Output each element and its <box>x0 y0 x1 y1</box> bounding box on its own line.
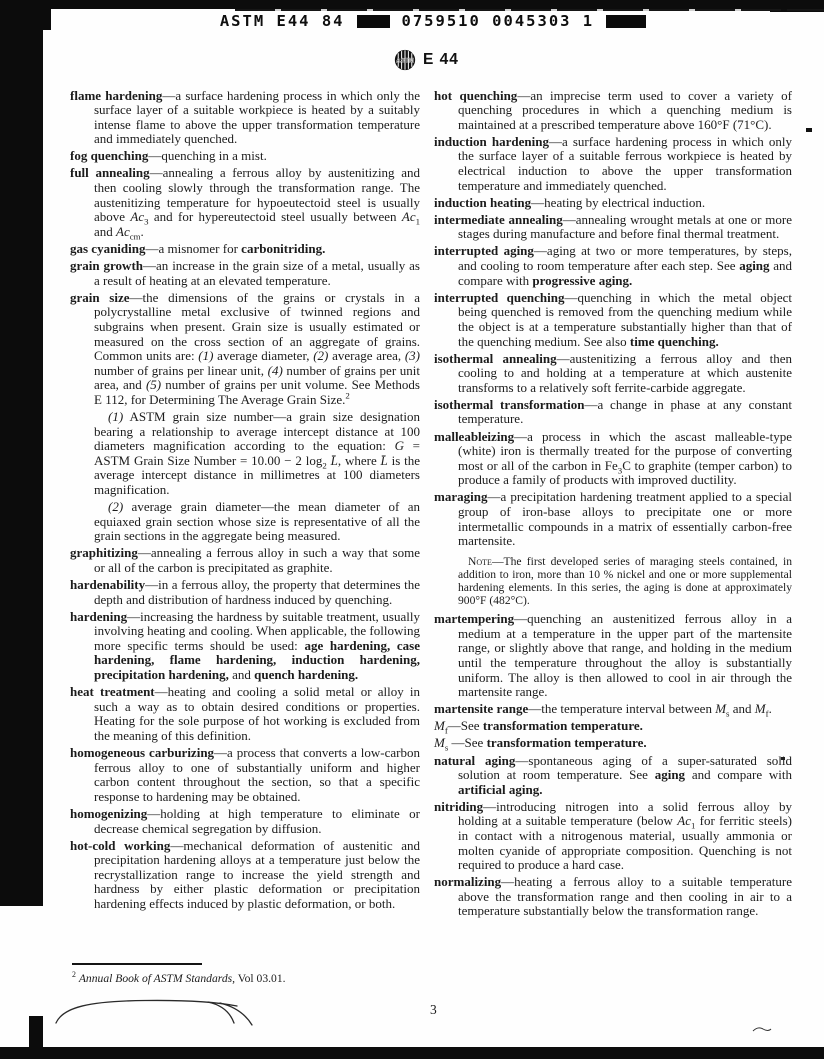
definition-entry: isothermal transformation—a change in ph… <box>434 398 792 427</box>
svg-text:ASTM: ASTM <box>396 58 414 65</box>
definition-entry: interrupted quenching—quenching in which… <box>434 291 792 349</box>
definition-entry: homogenizing—holding at high temperature… <box>70 807 420 836</box>
footnote-rule <box>72 963 202 965</box>
term: hot-cold working <box>70 838 170 853</box>
term: malleableizing <box>434 429 514 444</box>
term: hardenability <box>70 577 145 592</box>
scan-speck <box>806 128 812 132</box>
definition-entry: gas cyaniding—a misnomer for carbonitrid… <box>70 242 420 257</box>
definition-entry: martensite range—the temperature interva… <box>434 702 792 717</box>
definition-entry: grain growth—an increase in the grain si… <box>70 259 420 288</box>
scan-curve-artifact <box>50 996 300 1035</box>
glossary-columns: flame hardening—a surface hardening proc… <box>70 86 792 922</box>
term: homogenizing <box>70 806 147 821</box>
term: full annealing <box>70 165 150 180</box>
definition-entry: Ms —See transformation temperature. <box>434 736 792 751</box>
definition-entry: malleableizing—a process in which the as… <box>434 430 792 488</box>
term: natural aging <box>434 753 515 768</box>
term: nitriding <box>434 799 483 814</box>
page-number: 3 <box>430 1002 437 1018</box>
term: graphitizing <box>70 545 138 560</box>
filled-block-mark <box>606 15 646 28</box>
definition-entry: hardenability—in a ferrous alloy, the pr… <box>70 578 420 607</box>
column-right: hot quenching—an imprecise term used to … <box>434 86 792 922</box>
definition-entry: hardening—increasing the hardness by sui… <box>70 610 420 683</box>
term: isothermal transformation <box>434 397 585 412</box>
document-code-line: ASTM E44 84 0759510 0045303 1 <box>0 12 824 30</box>
definition-entry: interrupted aging—aging at two or more t… <box>434 244 792 288</box>
term: homogeneous carburizing <box>70 745 214 760</box>
scan-dashed-line <box>235 9 824 11</box>
document-page: ASTM E44 84 0759510 0045303 1 ASTM E 44 … <box>0 0 824 1059</box>
scan-edge-bottom <box>0 1047 824 1059</box>
definition-entry: homogeneous carburizing—a process that c… <box>70 746 420 804</box>
definition-entry: Mf—See transformation temperature. <box>434 719 792 734</box>
scan-edge-top <box>0 0 824 9</box>
definition-entry: hot quenching—an imprecise term used to … <box>434 89 792 133</box>
definition-entry: flame hardening—a surface hardening proc… <box>70 89 420 147</box>
term: interrupted quenching <box>434 290 564 305</box>
term: grain size <box>70 290 130 305</box>
definition-entry: fog quenching—quenching in a mist. <box>70 149 420 164</box>
definition-entry: graphitizing—annealing a ferrous alloy i… <box>70 546 420 575</box>
sub-definition: (2) average grain diameter—the mean diam… <box>70 500 420 544</box>
note-paragraph: Note—The first developed series of marag… <box>434 555 792 607</box>
term: induction heating <box>434 195 531 210</box>
term: maraging <box>434 489 487 504</box>
term: martensite range <box>434 701 528 716</box>
footnote: 2 Annual Book of ASTM Standards, Vol 03.… <box>72 972 432 985</box>
definition-entry: martempering—quenching an austenitized f… <box>434 612 792 700</box>
term: fog quenching <box>70 148 148 163</box>
definition-entry: grain size—the dimensions of the grains … <box>70 291 420 408</box>
term: hardening <box>70 609 127 624</box>
filled-block-mark <box>357 15 390 28</box>
definition-entry: full annealing—annealing a ferrous alloy… <box>70 166 420 239</box>
definition-entry: hot-cold working—mechanical deformation … <box>70 839 420 912</box>
term: flame hardening <box>70 88 162 103</box>
term: gas cyaniding <box>70 241 146 256</box>
definition-entry: intermediate annealing—annealing wrought… <box>434 213 792 242</box>
term: interrupted aging <box>434 243 534 258</box>
definition-entry: induction heating—heating by electrical … <box>434 196 792 211</box>
code-mid: 0759510 0045303 1 <box>402 12 595 30</box>
sub-definition: (1) ASTM grain size number—a grain size … <box>70 410 420 498</box>
term: isothermal annealing <box>434 351 557 366</box>
term: grain growth <box>70 258 143 273</box>
scan-tilde-artifact <box>752 1022 772 1040</box>
definition-entry: maraging—a precipitation hardening treat… <box>434 490 792 548</box>
definition-entry: normalizing—heating a ferrous alloy to a… <box>434 875 792 919</box>
definition-entry: induction hardening—a surface hardening … <box>434 135 792 193</box>
definition-entry: isothermal annealing—austenitizing a fer… <box>434 352 792 396</box>
term: intermediate annealing <box>434 212 563 227</box>
document-designation: ASTM E 44 <box>394 49 459 71</box>
term: induction hardening <box>434 134 549 149</box>
term: hot quenching <box>434 88 517 103</box>
term: heat treatment <box>70 684 155 699</box>
astm-logo-icon: ASTM <box>394 49 416 71</box>
definition-entry: heat treatment—heating and cooling a sol… <box>70 685 420 743</box>
term: martempering <box>434 611 514 626</box>
column-left: flame hardening—a surface hardening proc… <box>70 86 420 922</box>
definition-entry: natural aging—spontaneous aging of a sup… <box>434 754 792 798</box>
definition-entry: nitriding—introducing nitrogen into a so… <box>434 800 792 873</box>
term: normalizing <box>434 874 501 889</box>
designation-label: E 44 <box>423 51 459 69</box>
code-left: ASTM E44 84 <box>220 12 345 30</box>
scan-edge-left <box>0 0 43 906</box>
